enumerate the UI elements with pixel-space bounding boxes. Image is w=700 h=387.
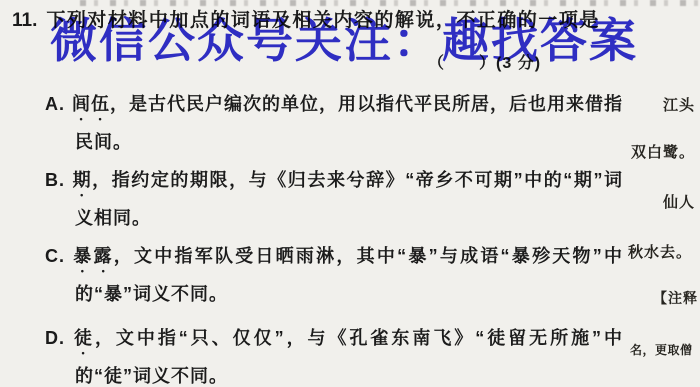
adjacent-column-fragment: 仙人 — [663, 191, 695, 212]
adjacent-column-fragment: 秋水去。 — [628, 241, 692, 262]
option-c-label: C. — [45, 246, 65, 266]
option-c: C.暴露，文中指军队受日晒雨淋，其中“暴”与成语“暴殄天物”中的“暴”词义不同。 — [45, 238, 623, 312]
adjacent-column-fragment: 名，更取僧 — [630, 341, 693, 358]
option-b: B.期，指约定的期限，与《归去来兮辞》“帝乡不可期”中的“期”词义相同。 — [45, 162, 623, 236]
answer-blank-and-score: （ ）(3 分) — [428, 50, 541, 73]
question-text: 下列对材料中加点的词语及相关内容的解说，不正确的一项是 — [46, 10, 600, 31]
option-b-term: 期 — [72, 170, 92, 190]
answer-blank: （ ） — [428, 55, 496, 72]
question-number: 11. — [12, 10, 37, 31]
adjacent-column-fragment: 江头 — [663, 94, 695, 115]
exam-page: 11.下列对材料中加点的词语及相关内容的解说，不正确的一项是 （ ）(3 分) … — [0, 0, 700, 387]
option-c-text: ，文中指军队受日晒雨淋，其中“暴”与成语“暴殄天物”中的“暴”词义不同。 — [75, 246, 623, 304]
option-d-text: ，文中指“只、仅仅”，与《孔雀东南飞》“徒留无所施”中的“徒”词义不同。 — [75, 328, 623, 386]
score-label: (3 分) — [496, 55, 541, 72]
adjacent-column-fragment: 【注释 — [653, 288, 698, 308]
option-a: A.闾伍，是古代民户编次的单位，用以指代平民所居，后也用来借指民间。 — [45, 86, 623, 160]
scan-noise-band — [80, 0, 700, 6]
option-a-text: ，是古代民户编次的单位，用以指代平民所居，后也用来借指民间。 — [75, 94, 623, 152]
option-b-text: ，指约定的期限，与《归去来兮辞》“帝乡不可期”中的“期”词义相同。 — [75, 170, 623, 228]
option-c-term: 暴露 — [72, 246, 114, 266]
option-d-term: 徒 — [72, 328, 95, 348]
option-a-label: A. — [45, 94, 65, 114]
question-line: 11.下列对材料中加点的词语及相关内容的解说，不正确的一项是 — [12, 8, 600, 34]
option-a-term: 闾伍 — [72, 94, 110, 114]
option-b-label: B. — [45, 170, 65, 190]
option-d: D.徒，文中指“只、仅仅”，与《孔雀东南飞》“徒留无所施”中的“徒”词义不同。 — [45, 320, 623, 387]
option-d-label: D. — [45, 328, 65, 348]
adjacent-column-fragment: 双白鹭。 — [631, 141, 695, 162]
